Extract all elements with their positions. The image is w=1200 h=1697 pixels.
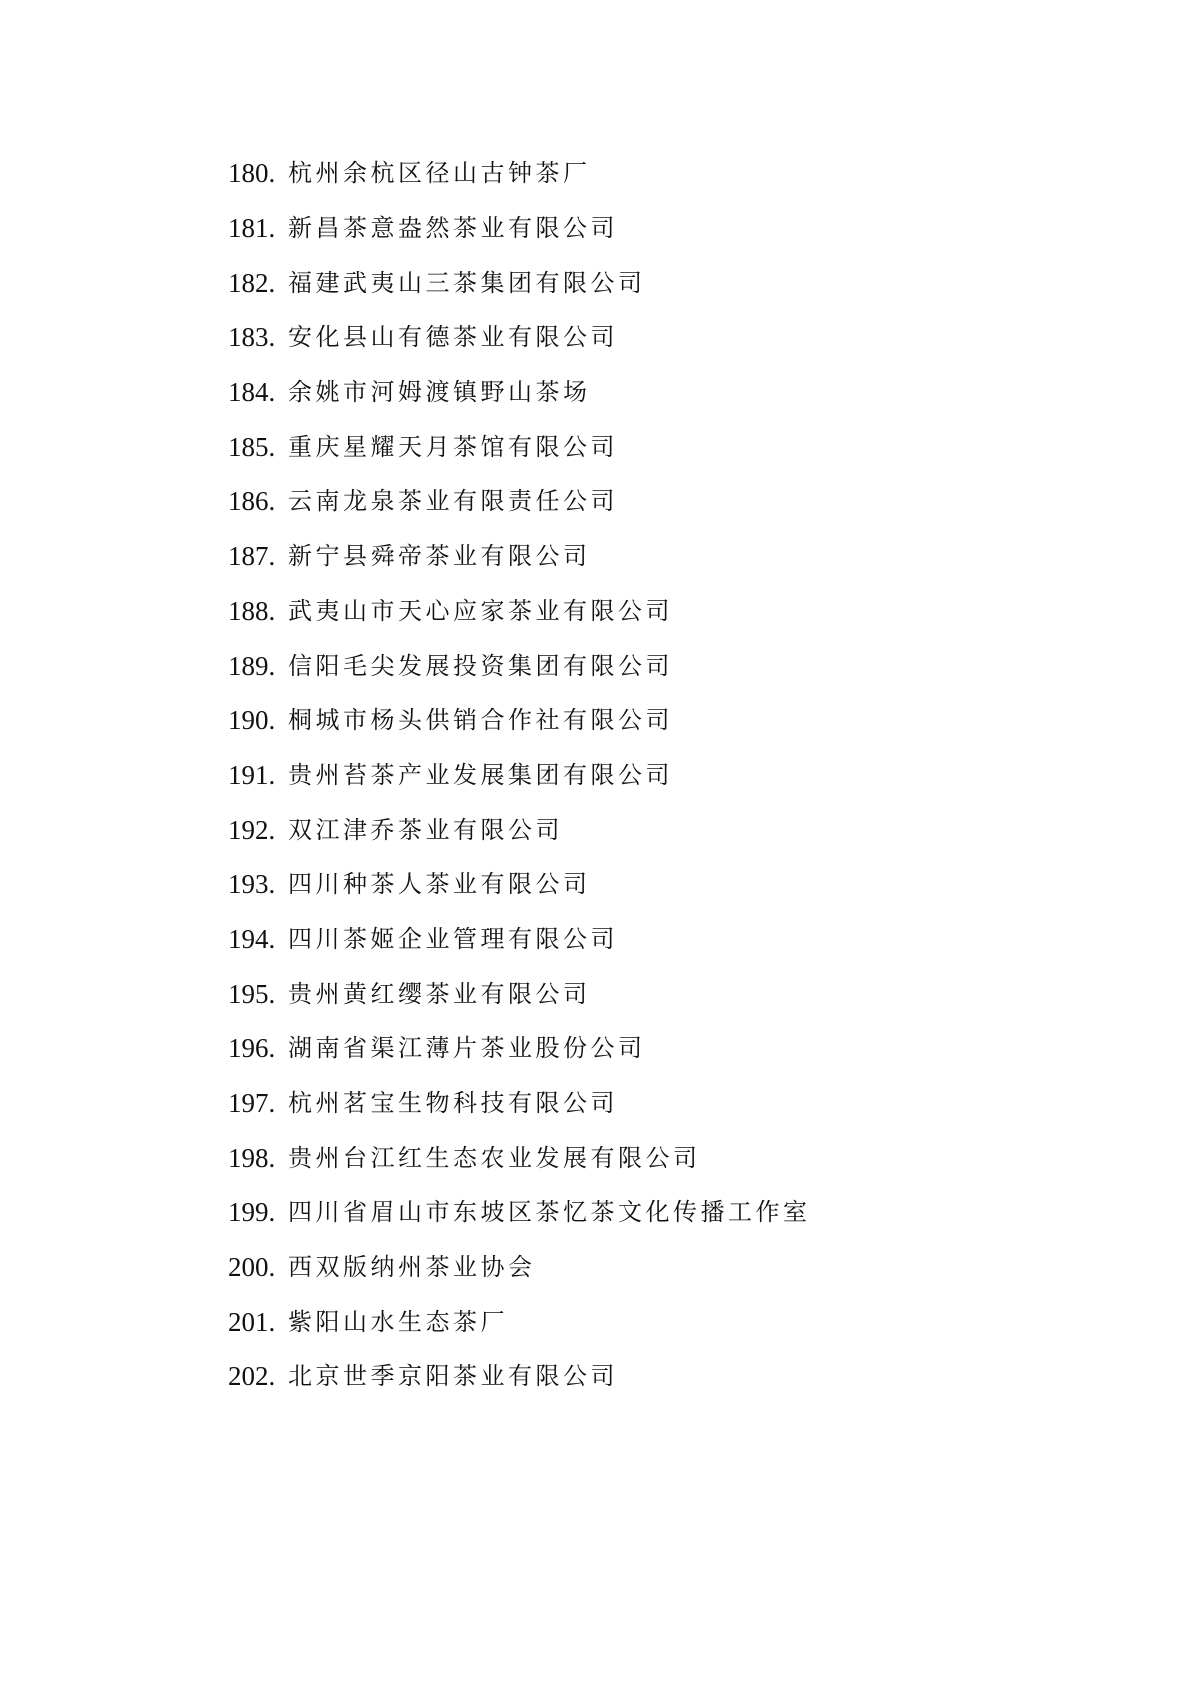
item-number: 194. (228, 918, 288, 960)
item-number: 198. (228, 1137, 288, 1179)
list-item: 194.四川茶姬企业管理有限公司 (228, 912, 811, 967)
list-item: 196.湖南省渠江薄片茶业股份公司 (228, 1021, 811, 1076)
list-item: 192.双江津乔茶业有限公司 (228, 802, 811, 857)
document-page: 180.杭州余杭区径山古钟茶厂 181.新昌茶意盎然茶业有限公司 182.福建武… (0, 0, 1200, 1697)
item-number: 200. (228, 1246, 288, 1288)
item-number: 193. (228, 863, 288, 905)
item-number: 180. (228, 152, 288, 194)
list-item: 188.武夷山市天心应家茶业有限公司 (228, 584, 811, 639)
list-item: 191.贵州苔茶产业发展集团有限公司 (228, 748, 811, 803)
item-name: 杭州余杭区径山古钟茶厂 (288, 152, 591, 194)
item-number: 189. (228, 645, 288, 687)
item-name: 云南龙泉茶业有限责任公司 (288, 480, 618, 522)
item-name: 新宁县舜帝茶业有限公司 (288, 535, 591, 577)
organization-list: 180.杭州余杭区径山古钟茶厂 181.新昌茶意盎然茶业有限公司 182.福建武… (228, 146, 811, 1404)
item-number: 182. (228, 262, 288, 304)
list-item: 193.四川种茶人茶业有限公司 (228, 857, 811, 912)
item-name: 福建武夷山三茶集团有限公司 (288, 262, 646, 304)
item-name: 西双版纳州茶业协会 (288, 1246, 536, 1288)
item-number: 199. (228, 1191, 288, 1233)
item-number: 192. (228, 809, 288, 851)
item-number: 188. (228, 590, 288, 632)
item-number: 201. (228, 1301, 288, 1343)
item-number: 195. (228, 973, 288, 1015)
item-name: 贵州黄红缨茶业有限公司 (288, 973, 591, 1015)
item-name: 湖南省渠江薄片茶业股份公司 (288, 1027, 646, 1069)
item-number: 202. (228, 1355, 288, 1397)
list-item: 199.四川省眉山市东坡区茶忆茶文化传播工作室 (228, 1185, 811, 1240)
list-item: 201.紫阳山水生态茶厂 (228, 1294, 811, 1349)
item-number: 197. (228, 1082, 288, 1124)
list-item: 189.信阳毛尖发展投资集团有限公司 (228, 638, 811, 693)
list-item: 198.贵州台江红生态农业发展有限公司 (228, 1130, 811, 1185)
list-item: 187.新宁县舜帝茶业有限公司 (228, 529, 811, 584)
item-name: 武夷山市天心应家茶业有限公司 (288, 590, 673, 632)
list-item: 182.福建武夷山三茶集团有限公司 (228, 255, 811, 310)
item-name: 杭州茗宝生物科技有限公司 (288, 1082, 618, 1124)
item-number: 181. (228, 207, 288, 249)
item-name: 余姚市河姆渡镇野山茶场 (288, 371, 591, 413)
item-number: 187. (228, 535, 288, 577)
item-name: 四川茶姬企业管理有限公司 (288, 918, 618, 960)
item-name: 双江津乔茶业有限公司 (288, 809, 563, 851)
item-name: 信阳毛尖发展投资集团有限公司 (288, 645, 673, 687)
item-name: 桐城市杨头供销合作社有限公司 (288, 699, 673, 741)
list-item: 200.西双版纳州茶业协会 (228, 1240, 811, 1295)
list-item: 185.重庆星耀天月茶馆有限公司 (228, 419, 811, 474)
list-item: 181.新昌茶意盎然茶业有限公司 (228, 201, 811, 256)
list-item: 195.贵州黄红缨茶业有限公司 (228, 966, 811, 1021)
item-number: 190. (228, 699, 288, 741)
list-item: 202.北京世季京阳茶业有限公司 (228, 1349, 811, 1404)
item-name: 贵州台江红生态农业发展有限公司 (288, 1137, 701, 1179)
item-number: 186. (228, 480, 288, 522)
list-item: 183.安化县山有德茶业有限公司 (228, 310, 811, 365)
item-name: 安化县山有德茶业有限公司 (288, 316, 618, 358)
list-item: 184.余姚市河姆渡镇野山茶场 (228, 365, 811, 420)
item-name: 新昌茶意盎然茶业有限公司 (288, 207, 618, 249)
list-item: 186.云南龙泉茶业有限责任公司 (228, 474, 811, 529)
item-number: 191. (228, 754, 288, 796)
list-item: 197.杭州茗宝生物科技有限公司 (228, 1076, 811, 1131)
item-name: 紫阳山水生态茶厂 (288, 1301, 508, 1343)
item-number: 183. (228, 316, 288, 358)
item-name: 贵州苔茶产业发展集团有限公司 (288, 754, 673, 796)
list-item: 190.桐城市杨头供销合作社有限公司 (228, 693, 811, 748)
item-name: 四川种茶人茶业有限公司 (288, 863, 591, 905)
item-number: 184. (228, 371, 288, 413)
list-item: 180.杭州余杭区径山古钟茶厂 (228, 146, 811, 201)
item-name: 四川省眉山市东坡区茶忆茶文化传播工作室 (288, 1191, 811, 1233)
item-number: 196. (228, 1027, 288, 1069)
item-name: 北京世季京阳茶业有限公司 (288, 1355, 618, 1397)
item-name: 重庆星耀天月茶馆有限公司 (288, 426, 618, 468)
item-number: 185. (228, 426, 288, 468)
